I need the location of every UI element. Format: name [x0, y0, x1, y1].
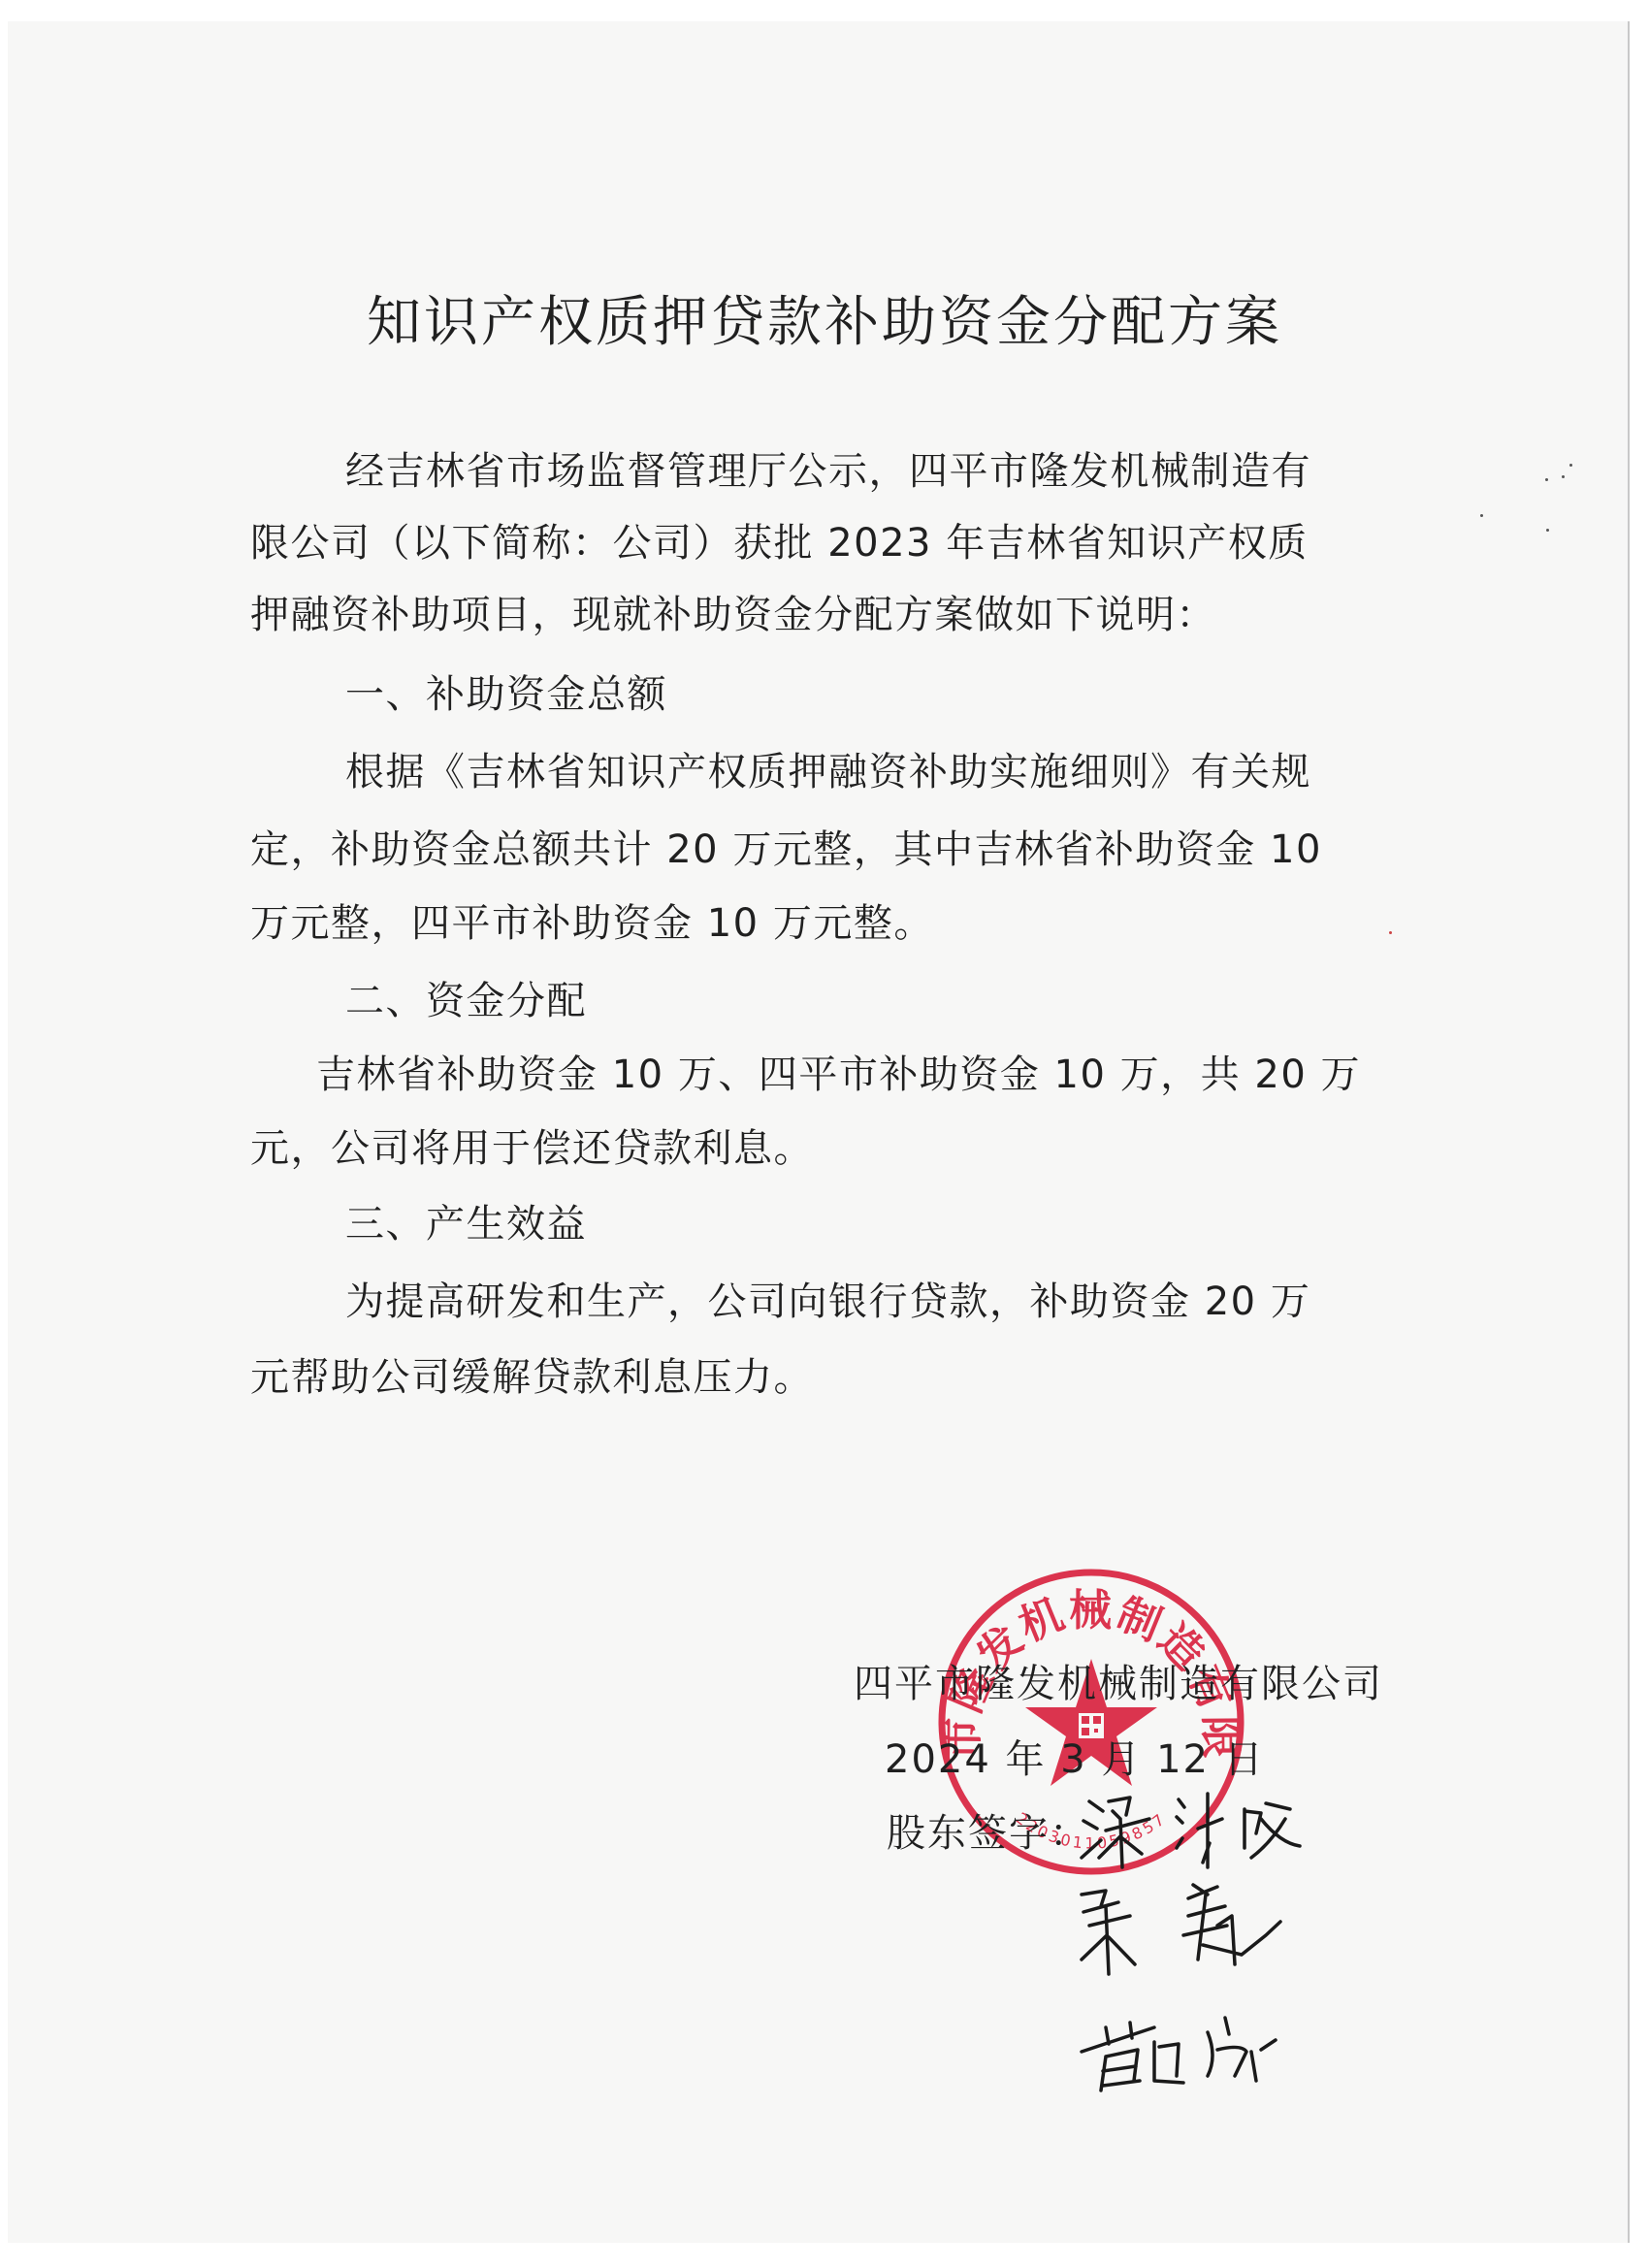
scan-speck	[1562, 475, 1565, 478]
scan-speck	[1545, 478, 1548, 481]
intro-line-3: 押融资补助项目，现就补助资金分配方案做如下说明：	[250, 592, 1216, 638]
section-1-line-1: 根据《吉林省知识产权质押融资补助实施细则》有关规	[345, 749, 1311, 795]
signature-3	[1082, 2018, 1276, 2090]
section-1-heading: 一、补助资金总额	[345, 671, 667, 718]
signature-2	[1082, 1885, 1280, 1974]
section-3-heading: 三、产生效益	[345, 1201, 587, 1247]
closing-company-name: 四平市隆发机械制造有限公司	[854, 1661, 1383, 1707]
section-1-line-2: 定，补助资金总额共计 20 万元整，其中吉林省补助资金 10	[250, 826, 1322, 873]
closing-date: 2024 年 3 月 12 日	[885, 1736, 1265, 1783]
section-3-line-2: 元帮助公司缓解贷款利息压力。	[250, 1354, 814, 1401]
scan-speck	[1569, 464, 1572, 467]
intro-line-2: 限公司（以下简称：公司）获批 2023 年吉林省知识产权质	[250, 520, 1309, 567]
section-3-line-1: 为提高研发和生产，公司向银行贷款，补助资金 20 万	[345, 1279, 1310, 1325]
document-title: 知识产权质押贷款补助资金分配方案	[0, 279, 1649, 357]
signature-1	[1082, 1794, 1300, 1867]
signature-label: 股东签字：	[887, 1810, 1090, 1857]
section-2-line-1: 吉林省补助资金 10 万、四平市补助资金 10 万，共 20 万	[316, 1052, 1361, 1098]
section-2-heading: 二、资金分配	[345, 978, 587, 1024]
section-1-line-3: 万元整，四平市补助资金 10 万元整。	[250, 900, 934, 947]
shareholder-signatures	[1062, 1790, 1353, 2129]
scan-speck	[1480, 514, 1483, 517]
intro-line-1: 经吉林省市场监督管理厅公示，四平市隆发机械制造有	[345, 448, 1311, 495]
scan-speck	[1389, 931, 1392, 934]
section-2-line-2: 元，公司将用于偿还贷款利息。	[250, 1125, 814, 1172]
scan-speck	[1546, 529, 1549, 532]
